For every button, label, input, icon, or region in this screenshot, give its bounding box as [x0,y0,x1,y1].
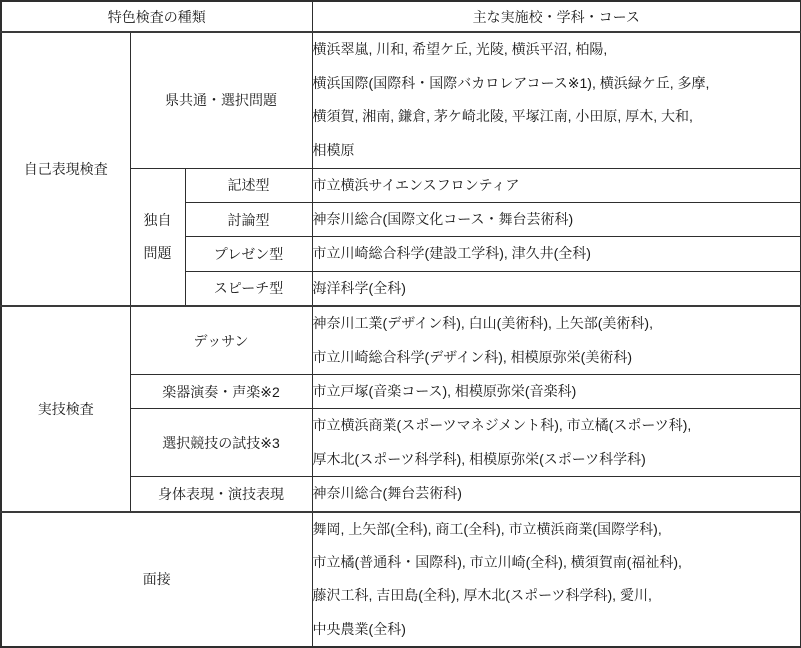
schools-kenkyotsu: 横浜翠嵐, 川和, 希望ケ丘, 光陵, 横浜平沼, 柏陽, 横浜国際(国際科・国… [312,32,801,168]
row-kenkyotsu: 自己表現検査 県共通・選択問題 横浜翠嵐, 川和, 希望ケ丘, 光陵, 横浜平沼… [1,32,801,168]
school-line: 市立戸塚(音楽コース), 相模原弥栄(音楽科) [313,375,801,408]
schools-kijutsu: 市立横浜サイエンスフロンティア [312,168,801,202]
tokushoku-kensa-table: 特色検査の種類 主な実施校・学科・コース 自己表現検査 県共通・選択問題 横浜翠… [0,0,801,648]
schools-gakki: 市立戸塚(音楽コース), 相模原弥栄(音楽科) [312,374,801,408]
subtype-sentaku-kyogi: 選択競技の試技※3 [130,409,312,477]
school-line: 市立横浜サイエンスフロンティア [313,169,801,202]
subcategory-dokuji-mondai: 独自 問題 [130,168,185,306]
school-line: 神奈川総合(舞台芸術科) [313,477,801,510]
page: 特色検査の種類 主な実施校・学科・コース 自己表現検査 県共通・選択問題 横浜翠… [0,0,801,638]
subtype-gakki: 楽器演奏・声楽※2 [130,374,312,408]
schools-toron: 神奈川総合(国際文化コース・舞台芸術科) [312,202,801,236]
school-line: 市立横浜商業(スポーツマネジメント科), 市立橘(スポーツ科), [313,409,801,442]
schools-mensetsu: 舞岡, 上矢部(全科), 商工(全科), 市立横浜商業(国際学科), 市立橘(普… [312,512,801,648]
row-dessin: 実技検査 デッサン 神奈川工業(デザイン科), 白山(美術科), 上矢部(美術科… [1,306,801,374]
subtype-dessin: デッサン [130,306,312,374]
school-line: 藤沢工科, 吉田島(全科), 厚木北(スポーツ科学科), 愛川, [313,579,801,612]
schools-shintai: 神奈川総合(舞台芸術科) [312,477,801,512]
schools-sentaku-kyogi: 市立横浜商業(スポーツマネジメント科), 市立橘(スポーツ科), 厚木北(スポー… [312,409,801,477]
header-exam-type: 特色検査の種類 [1,1,312,32]
table-header-row: 特色検査の種類 主な実施校・学科・コース [1,1,801,32]
school-line: 厚木北(スポーツ科学科), 相模原弥栄(スポーツ科学科) [313,443,801,476]
row-mensetsu: 面接 舞岡, 上矢部(全科), 商工(全科), 市立横浜商業(国際学科), 市立… [1,512,801,648]
school-line: 横須賀, 湘南, 鎌倉, 茅ケ崎北陵, 平塚江南, 小田原, 厚木, 大和, [313,100,801,133]
school-line: 中央農業(全科) [313,613,801,646]
category-jikohyogen: 自己表現検査 [1,32,130,306]
school-line: 市立橘(普通科・国際科), 市立川崎(全科), 横須賀南(福祉科), [313,546,801,579]
category-mensetsu: 面接 [1,512,312,648]
school-line: 市立川崎総合科学(建設工学科), 津久井(全科) [313,237,801,270]
dokuji-label-line1: 独自 [131,204,185,237]
header-schools: 主な実施校・学科・コース [312,1,801,32]
subtype-toron: 討論型 [185,202,312,236]
subtype-shintai: 身体表現・演技表現 [130,477,312,512]
school-line: 横浜国際(国際科・国際バカロレアコース※1), 横浜緑ケ丘, 多摩, [313,67,801,100]
school-line: 舞岡, 上矢部(全科), 商工(全科), 市立横浜商業(国際学科), [313,513,801,546]
subtype-kijutsu: 記述型 [185,168,312,202]
subtype-kenkyotsu: 県共通・選択問題 [130,32,312,168]
school-line: 横浜翠嵐, 川和, 希望ケ丘, 光陵, 横浜平沼, 柏陽, [313,33,801,66]
school-line: 神奈川工業(デザイン科), 白山(美術科), 上矢部(美術科), [313,307,801,340]
school-line: 海洋科学(全科) [313,272,801,305]
category-jitsugi: 実技検査 [1,306,130,511]
schools-presen: 市立川崎総合科学(建設工学科), 津久井(全科) [312,237,801,271]
subtype-speech: スピーチ型 [185,271,312,306]
schools-dessin: 神奈川工業(デザイン科), 白山(美術科), 上矢部(美術科), 市立川崎総合科… [312,306,801,374]
schools-speech: 海洋科学(全科) [312,271,801,306]
dokuji-label-line2: 問題 [131,237,185,270]
school-line: 市立川崎総合科学(デザイン科), 相模原弥栄(美術科) [313,341,801,374]
school-line: 相模原 [313,134,801,167]
school-line: 神奈川総合(国際文化コース・舞台芸術科) [313,203,801,236]
subtype-presen: プレゼン型 [185,237,312,271]
